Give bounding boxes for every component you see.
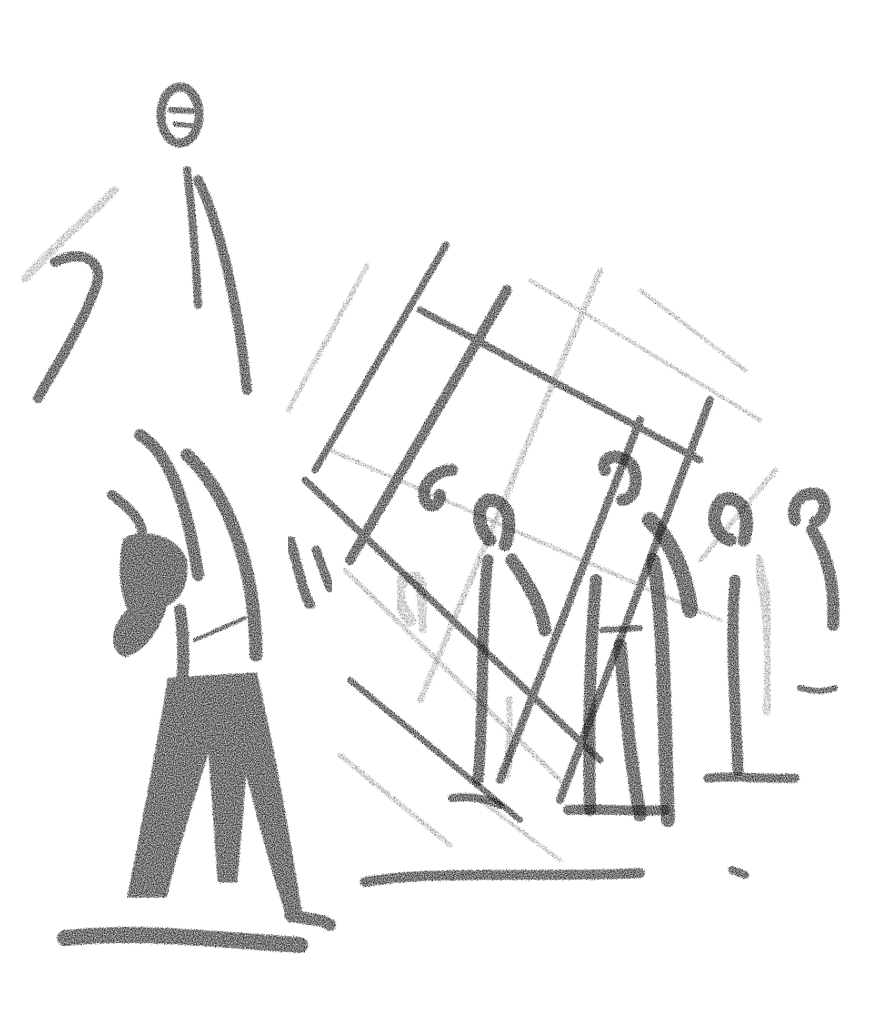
fg-figure-stick [195, 618, 245, 640]
bg-figure-arm-2 [512, 560, 545, 630]
shadow-foreground [65, 935, 300, 945]
floating-figure [25, 87, 247, 398]
fg-figure-trousers [130, 675, 300, 920]
fg-figure-hand-tip [112, 495, 142, 530]
bg-figure-arm-5 [757, 560, 770, 710]
bg-figure-belt-4 [602, 628, 640, 630]
bg-figure-body-6 [812, 530, 833, 625]
shadow-bg-figure-5 [708, 777, 795, 778]
floating-figure-leg [38, 256, 98, 398]
foreground-figure [112, 435, 330, 925]
bg-figure-leg-2 [505, 700, 512, 775]
motion-strokes [290, 540, 330, 605]
floating-figure-body-left [187, 170, 198, 305]
fg-figure-hair [115, 535, 185, 655]
shadow-dot [732, 870, 745, 875]
bg-figure-torso-4 [589, 580, 596, 810]
floating-figure-arm [25, 190, 114, 278]
floating-figure-eye-bottom [175, 124, 193, 126]
shadow-center [365, 873, 640, 882]
sketch-canvas [0, 0, 895, 1024]
bg-figure-body-5 [733, 580, 738, 770]
bg-figure-head-6 [794, 494, 825, 522]
floating-figure-body-right [198, 180, 247, 390]
bg-figure-body-2 [478, 560, 488, 780]
bg-figure-back-4 [653, 560, 668, 820]
background-figures [399, 457, 834, 820]
shadow-bg-figure-4 [568, 809, 665, 810]
floating-figure-head [161, 87, 199, 143]
shadow-bg-figure-2 [452, 797, 500, 805]
shadow-bg-figure-6 [800, 688, 835, 691]
floating-figure-eye-top [171, 110, 192, 111]
grid-netting [288, 245, 775, 860]
bg-figure-leg-4 [620, 645, 640, 815]
fg-figure-foot [290, 915, 330, 925]
